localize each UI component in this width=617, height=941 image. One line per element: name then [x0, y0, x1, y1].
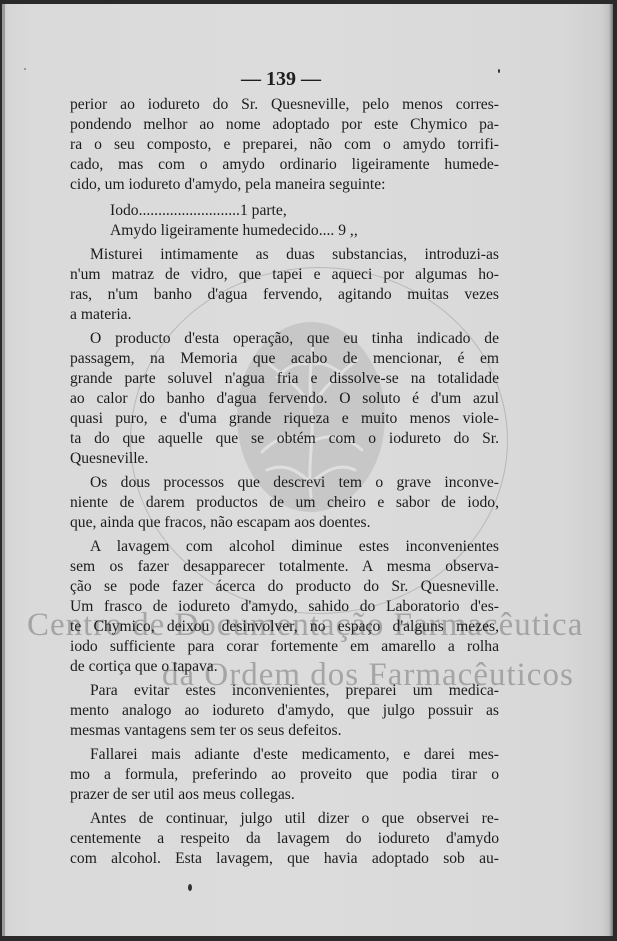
text-line: com alcohol. Esta lavagem, que havia ado…	[70, 849, 499, 869]
text-line: ção se pode fazer ácerca do producto do …	[70, 577, 499, 597]
text-line: iodo sufficiente para corar fortemente e…	[70, 637, 499, 657]
ink-speck	[188, 884, 192, 891]
recipe-item: Amydo ligeiramente humedecido.... 9 ,,	[70, 221, 499, 241]
recipe-ingredient: Iodo..........................	[110, 202, 240, 219]
recipe-quantity: 9 ,,	[338, 222, 358, 239]
text-line: ras, n'um banho d'agua fervendo, agitand…	[70, 285, 499, 305]
text-line: A lavagem com alcohol diminue estes inco…	[70, 537, 499, 557]
text-line: ra o seu composto, e preparei, não com o…	[70, 135, 499, 155]
text-line: perior ao iodureto do Sr. Quesneville, p…	[70, 95, 499, 115]
text-line: prazer de ser util aos meus collegas.	[70, 785, 499, 805]
recipe-ingredient: Amydo ligeiramente humedecido....	[110, 222, 334, 239]
text-line: mesmas vantagens sem ter os seus defeito…	[70, 721, 499, 741]
text-line: Fallarei mais adiante d'este medicamento…	[70, 745, 499, 765]
ink-speck	[498, 69, 500, 73]
text-line: a materia.	[70, 305, 499, 325]
text-line: Quesneville.	[70, 449, 499, 469]
page-number: — 139 —	[236, 68, 326, 91]
text-line: passagem, na Memoria que acabo de mencio…	[70, 349, 499, 369]
text-line: Os dous processos que descrevi tem o gra…	[70, 473, 499, 493]
text-line: centemente a respeito da lavagem do iodu…	[70, 829, 499, 849]
text-line: ta do que aquelle que se obtém com o iod…	[70, 429, 499, 449]
recipe-list: Iodo..........................1 parte, A…	[70, 201, 499, 241]
text-line: n'um matraz de vidro, que tapei e aqueci…	[70, 265, 499, 285]
text-line: ao calor do banho d'agua fervendo. O sol…	[70, 389, 499, 409]
text-line: mento analogo ao iodureto d'amydo, que j…	[70, 701, 499, 721]
text-line: mo a formula, preferindo ao proveito que…	[70, 765, 499, 785]
text-line: cado, mas com o amydo ordinario ligeiram…	[70, 155, 499, 175]
text-line: niente de darem productos de um cheiro e…	[70, 493, 499, 513]
text-line: que, ainda que fracos, não escapam aos d…	[70, 513, 499, 533]
text-line: te Chymico, deixou desinvolver, no espaç…	[70, 617, 499, 637]
text-line: Um frasco de iodureto d'amydo, sahido do…	[70, 597, 499, 617]
scanned-page: Centro de Documentação Farmacêutica da O…	[2, 4, 613, 936]
body-text: perior ao iodureto do Sr. Quesneville, p…	[70, 95, 499, 869]
text-line: O producto d'esta operação, que eu tinha…	[70, 329, 499, 349]
recipe-quantity: 1 parte,	[240, 202, 287, 219]
text-line: cido, um iodureto d'amydo, pela maneira …	[70, 175, 499, 195]
text-line: Para evitar estes inconvenientes, prepar…	[70, 681, 499, 701]
text-line: Antes de continuar, julgo util dizer o q…	[70, 809, 499, 829]
text-line: de cortiça que o tapava.	[70, 657, 499, 677]
text-line: pondendo melhor ao nome adoptado por est…	[70, 115, 499, 135]
recipe-item: Iodo..........................1 parte,	[70, 201, 499, 221]
ink-speck	[24, 68, 26, 70]
text-line: grande parte soluvel n'agua fria e disso…	[70, 369, 499, 389]
text-line: sem os fazer desapparecer totalmente. A …	[70, 557, 499, 577]
text-line: quasi puro, e d'uma grande riqueza e mui…	[70, 409, 499, 429]
text-line: Misturei intimamente as duas substancias…	[70, 245, 499, 265]
